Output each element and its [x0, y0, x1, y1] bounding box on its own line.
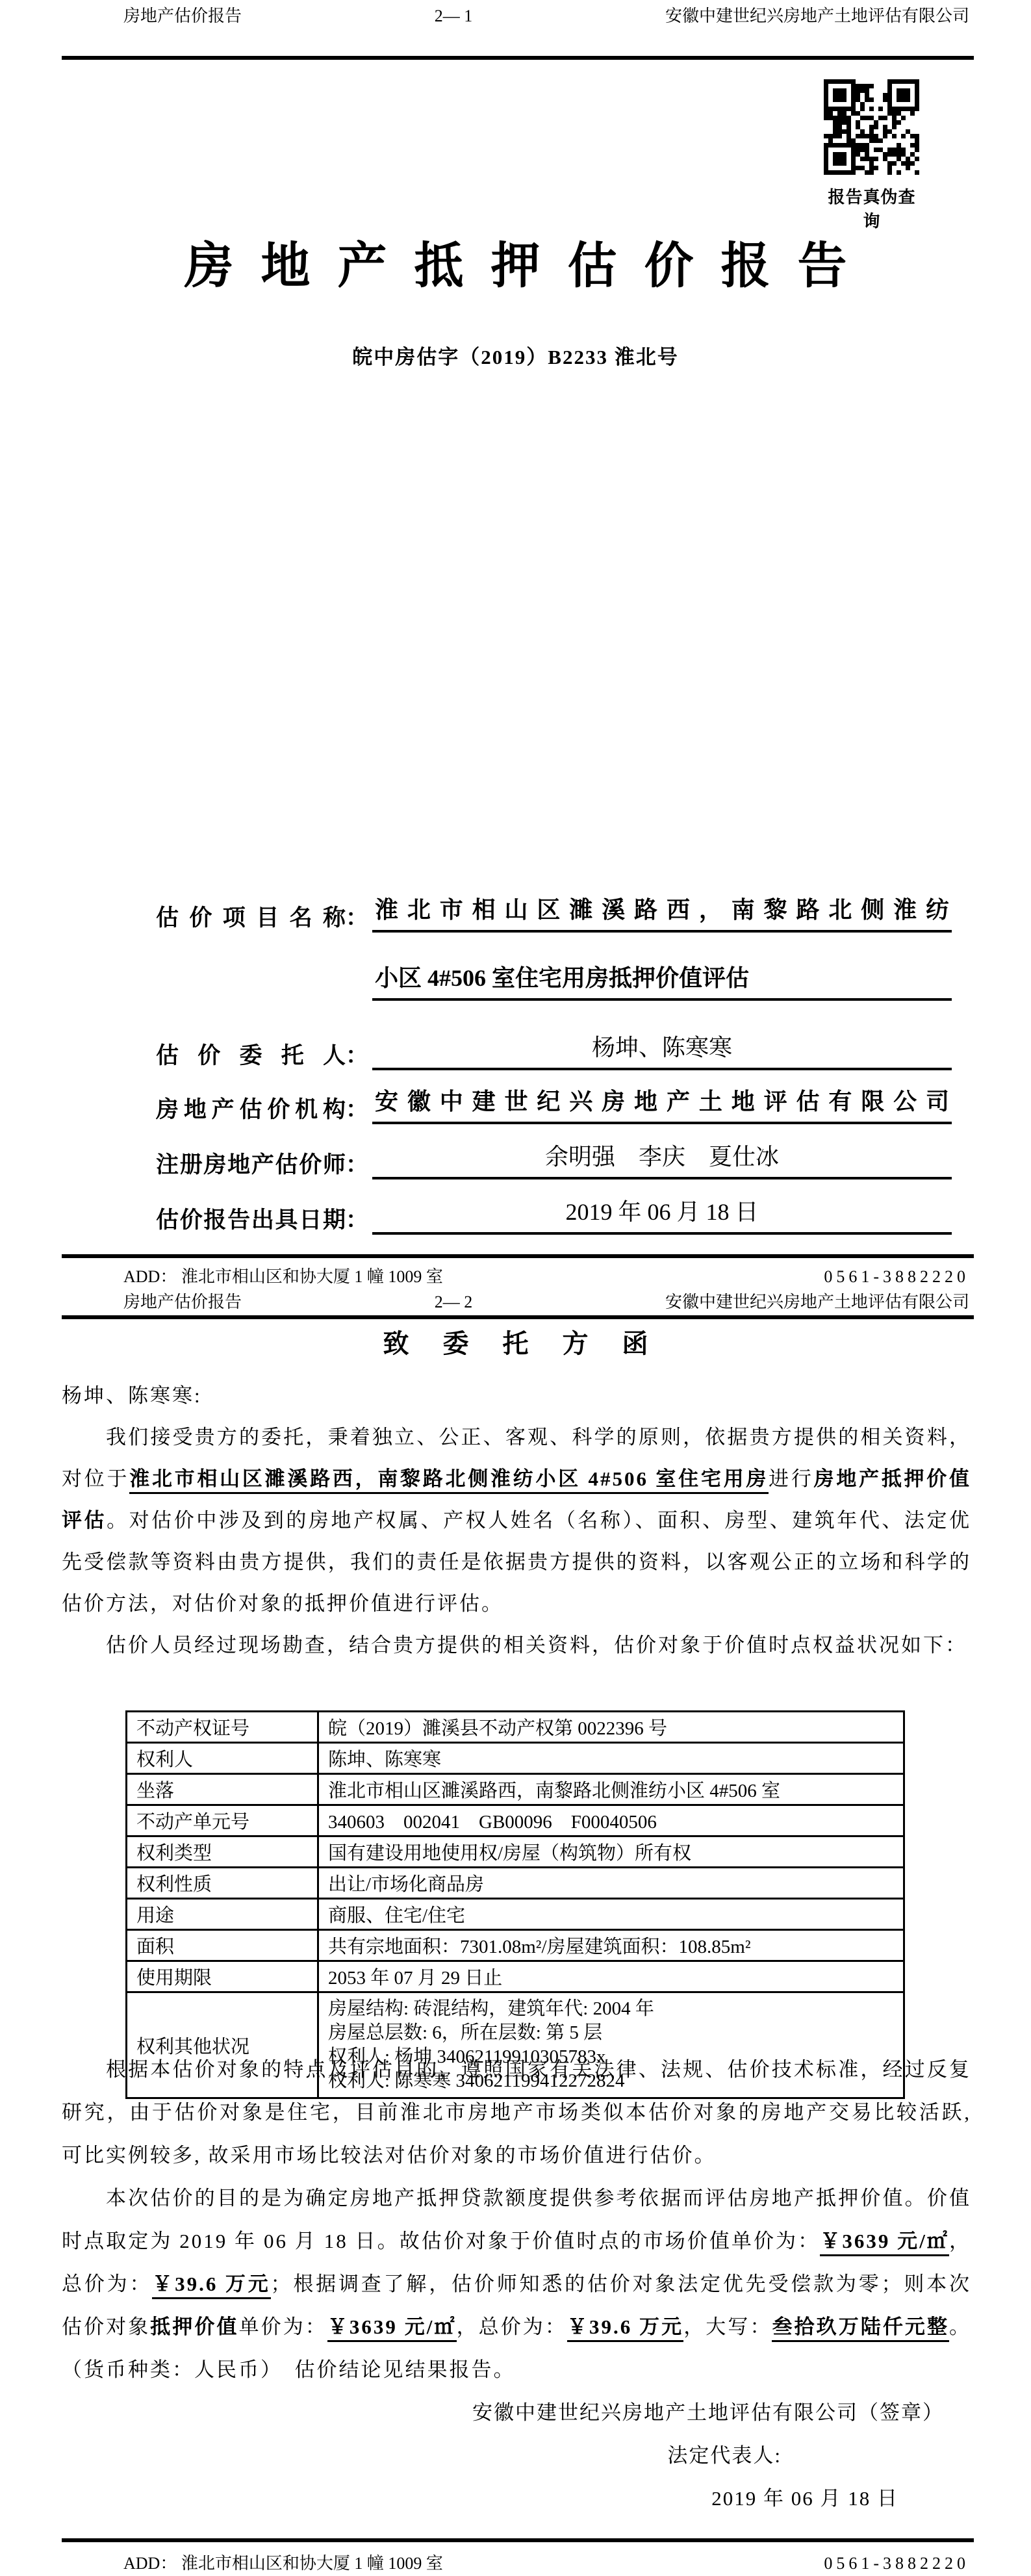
page1-footer-phone: 0561-3882220 [824, 1267, 969, 1287]
field-client-label: 估价委托人 [156, 1038, 346, 1070]
letter-paragraph-1: 我们接受贵方的委托，秉着独立、公正、客观、科学的原则，依据贵方提供的相关资料，对… [62, 1417, 971, 1625]
row-certificate-value: 皖（2019）濉溪县不动产权第 0022396 号 [318, 1712, 904, 1743]
p4-unit-price-mortgage: ￥3639 元/㎡ [327, 2315, 457, 2342]
row-right-nature-label: 权利性质 [127, 1868, 318, 1899]
p1-subject-property: 淮北市相山区濉溪路西，南黎路北侧淮纺小区 4#506 室住宅用房 [129, 1467, 769, 1494]
rights-table: 不动产权证号皖（2019）濉溪县不动产权第 0022396 号 权利人陈坤、陈寒… [125, 1710, 905, 2099]
qr-code [824, 79, 924, 175]
page1-header-page-number: 2— 1 [435, 6, 473, 26]
page1-header-rule [62, 56, 974, 60]
report-page: 房地产估价报告 2— 1 安徽中建世纪兴房地产土地评估有限公司 报告真伪查询 房… [0, 0, 1031, 2576]
table-row: 用途商服、住宅/住宅 [127, 1899, 904, 1930]
field-project-name-value-line1: 淮北市相山区濉溪路西，南黎路北侧淮纺 [372, 892, 952, 933]
p4-total-price-market: ￥39.6 万元 [152, 2273, 270, 2299]
page2-footer: ADD： 淮北市相山区和协大厦 1 幢 1009 室 0561-3882220 [123, 2550, 969, 2574]
page2-header-left: 房地产估价报告 [123, 1289, 242, 1313]
letter-body-1: 杨坤、陈寒寒: 我们接受贵方的委托，秉着独立、公正、客观、科学的原则，依据贵方提… [62, 1375, 971, 1666]
field-appraiser-label: 注册房地产估价师 [156, 1147, 346, 1179]
other-status-line-floors: 房屋总层数: 6，所在层数: 第 5 层 [328, 2021, 899, 2045]
p1-post: 。对估价中涉及到的房地产权属、产权人姓名（名称）、面积、房型、建筑年代、法定优先… [62, 1509, 971, 1615]
table-row: 不动产权证号皖（2019）濉溪县不动产权第 0022396 号 [127, 1712, 904, 1743]
page2-header-page-number: 2— 2 [435, 1293, 473, 1312]
row-area-value: 共有宗地面积：7301.08m²/房屋建筑面积：108.85m² [318, 1930, 904, 1961]
table-row: 使用期限2053 年 07 月 29 日止 [127, 1961, 904, 1992]
table-row: 权利人陈坤、陈寒寒 [127, 1743, 904, 1774]
row-right-type-value: 国有建设用地使用权/房屋（构筑物）所有权 [318, 1836, 904, 1868]
row-location-value: 淮北市相山区濉溪路西，南黎路北侧淮纺小区 4#506 室 [318, 1774, 904, 1805]
row-usage-label: 用途 [127, 1899, 318, 1930]
letter-salutation: 杨坤、陈寒寒: [62, 1375, 971, 1417]
field-project-name-row1: 估价项目名称： 淮北市相山区濉溪路西，南黎路北侧淮纺 [156, 892, 952, 933]
row-unit-number-label: 不动产单元号 [127, 1805, 318, 1836]
p4-total-price-mortgage: ￥39.6 万元 [567, 2315, 683, 2342]
field-agency-value: 安徽中建世纪兴房地产土地评估有限公司 [372, 1083, 952, 1124]
field-client-value: 杨坤、陈寒寒 [372, 1029, 952, 1070]
page2-footer-address: ADD： 淮北市相山区和协大厦 1 幢 1009 室 [123, 2550, 443, 2574]
report-doc-number: 皖中房估字（2019）B2233 淮北号 [0, 341, 1031, 370]
page1-footer-address: ADD： 淮北市相山区和协大厦 1 幢 1009 室 [123, 1263, 443, 1287]
field-project-name-value-line2: 小区 4#506 室住宅用房抵押价值评估 [372, 960, 952, 1001]
qr-block: 报告真伪查询 [820, 79, 924, 232]
page2-header: 房地产估价报告 2— 2 安徽中建世纪兴房地产土地评估有限公司 [123, 1289, 969, 1313]
field-agency-label: 房地产估价机构 [156, 1092, 346, 1124]
report-title: 房地产抵押估价报告 [0, 226, 1031, 297]
table-row: 权利类型国有建设用地使用权/房屋（构筑物）所有权 [127, 1836, 904, 1868]
p1-mid: 进行 [769, 1467, 813, 1490]
field-appraiser-value: 余明强 李庆 夏仕冰 [372, 1139, 952, 1179]
cover-fields: 估价项目名称： 淮北市相山区濉溪路西，南黎路北侧淮纺 ： 小区 4#506 室住… [156, 892, 952, 1235]
page2-footer-rule [62, 2538, 974, 2542]
table-row: 面积共有宗地面积：7301.08m²/房屋建筑面积：108.85m² [127, 1930, 904, 1961]
page2-header-rule [62, 1315, 974, 1319]
field-project-name-row2: ： 小区 4#506 室住宅用房抵押价值评估 [156, 960, 952, 1001]
signature-date: 2019 年 06 月 18 日 [62, 2477, 971, 2520]
table-row: 权利性质出让/市场化商品房 [127, 1868, 904, 1899]
signature-company: 安徽中建世纪兴房地产土地评估有限公司（签章） [62, 2391, 971, 2434]
row-unit-number-value: 340603 002041 GB00096 F00040506 [318, 1805, 904, 1836]
signature-legal-rep: 法定代表人: [62, 2434, 971, 2477]
page1-footer: ADD： 淮北市相山区和协大厦 1 幢 1009 室 0561-3882220 [123, 1263, 969, 1287]
page1-header: 房地产估价报告 2— 1 安徽中建世纪兴房地产土地评估有限公司 [123, 3, 969, 27]
page-break-block: ADD： 淮北市相山区和协大厦 1 幢 1009 室 0561-3882220 … [0, 1254, 1031, 1319]
rights-table-wrap: 不动产权证号皖（2019）濉溪县不动产权第 0022396 号 权利人陈坤、陈寒… [125, 1710, 905, 2099]
row-usage-value: 商服、住宅/住宅 [318, 1899, 904, 1930]
page2-footer-block: ADD： 淮北市相山区和协大厦 1 幢 1009 室 0561-3882220 [0, 2538, 1031, 2574]
row-right-nature-value: 出让/市场化商品房 [318, 1868, 904, 1899]
page1-header-left: 房地产估价报告 [123, 3, 242, 27]
page2-header-right: 安徽中建世纪兴房地产土地评估有限公司 [665, 1289, 969, 1313]
row-owner-value: 陈坤、陈寒寒 [318, 1743, 904, 1774]
row-owner-label: 权利人 [127, 1743, 318, 1774]
field-colon: ： [346, 900, 368, 933]
field-report-date-label: 估价报告出具日期 [156, 1202, 346, 1235]
row-term-label: 使用期限 [127, 1961, 318, 1992]
field-agency-row: 房地产估价机构： 安徽中建世纪兴房地产土地评估有限公司 [156, 1083, 952, 1124]
table-row: 坐落淮北市相山区濉溪路西，南黎路北侧淮纺小区 4#506 室 [127, 1774, 904, 1805]
field-client-row: 估价委托人： 杨坤、陈寒寒 [156, 1029, 952, 1070]
page1-footer-rule [62, 1254, 974, 1258]
other-status-line-structure: 房屋结构: 砖混结构，建筑年代: 2004 年 [328, 1997, 899, 2021]
field-appraiser-row: 注册房地产估价师： 余明强 李庆 夏仕冰 [156, 1139, 952, 1179]
letter-title: 致委托方函 [0, 1323, 1031, 1360]
row-right-type-label: 权利类型 [127, 1836, 318, 1868]
field-project-name-label: 估价项目名称 [156, 900, 346, 933]
p4-mortgage-value-term: 抵押价值 [150, 2315, 238, 2338]
row-area-label: 面积 [127, 1930, 318, 1961]
row-term-value: 2053 年 07 月 29 日止 [318, 1961, 904, 1992]
qr-caption: 报告真伪查询 [820, 184, 924, 232]
p4-amount-in-words: 叁拾玖万陆仟元整 [772, 2315, 949, 2342]
letter-body-2: 根据本估价对象的特点及评估目的，遵照国家有关法律、法规、估价技术标准，经过反复研… [62, 2048, 971, 2520]
letter-paragraph-3: 根据本估价对象的特点及评估目的，遵照国家有关法律、法规、估价技术标准，经过反复研… [62, 2048, 971, 2177]
page2-footer-phone: 0561-3882220 [824, 2554, 969, 2573]
page1-header-right: 安徽中建世纪兴房地产土地评估有限公司 [665, 3, 969, 27]
field-report-date-row: 估价报告出具日期： 2019 年 06 月 18 日 [156, 1194, 952, 1235]
p4-unit-price-market: ￥3639 元/㎡ [820, 2230, 949, 2256]
row-location-label: 坐落 [127, 1774, 318, 1805]
letter-paragraph-2: 估价人员经过现场勘查，结合贵方提供的相关资料，估价对象于价值时点权益状况如下： [62, 1625, 971, 1666]
field-report-date-value: 2019 年 06 月 18 日 [372, 1194, 952, 1235]
letter-paragraph-4: 本次估价的目的是为确定房地产抵押贷款额度提供参考依据而评估房地产抵押价值。价值时… [62, 2177, 971, 2391]
row-certificate-label: 不动产权证号 [127, 1712, 318, 1743]
table-row: 不动产单元号340603 002041 GB00096 F00040506 [127, 1805, 904, 1836]
